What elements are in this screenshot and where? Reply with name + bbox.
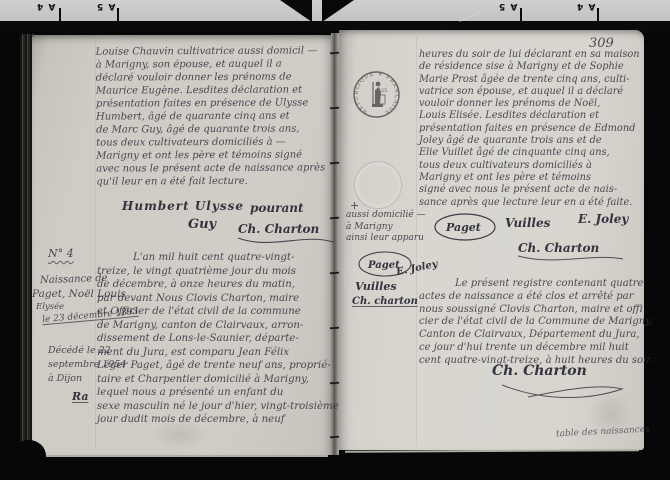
- ruler-mark-label: A 4: [36, 1, 55, 11]
- ruler-mark-label: A 5: [96, 1, 115, 11]
- handwritten-line: Canton de Clairvaux, Département du Jura…: [419, 329, 645, 342]
- handwritten-line: présentation faites en présence de Ulyss…: [96, 96, 328, 110]
- signature-joley: E. Joley: [578, 212, 628, 226]
- handwritten-line: ment du Jura, est comparu Jean Félix: [97, 346, 331, 360]
- handwritten-line: Maurice Eugène. Lesdites déclaration et: [96, 83, 328, 97]
- handwritten-line: Joley âgé de quarante trois ans et de: [419, 135, 645, 147]
- stitch-mark: [330, 436, 339, 439]
- handwritten-line: Léger Paget, âgé de trente neuf ans, pro…: [97, 359, 331, 373]
- act1-text-block: Louise Chauvin cultivatrice aussi domici…: [96, 44, 329, 188]
- stitch-mark: [330, 327, 339, 330]
- film-defect-blob: [12, 440, 46, 472]
- closing-signature-flourish: [498, 381, 628, 403]
- handwritten-line: cier de l'état civil de la Commune de Ma…: [419, 316, 645, 329]
- handwritten-line: L'an mil huit cent quatre-vingt-: [97, 251, 331, 265]
- handwritten-line: tous deux cultivateurs domiciliés à: [419, 160, 645, 172]
- margin-paraph: Ra: [72, 390, 89, 403]
- closing-statement-block: Le présent registre contenant quatreacte…: [419, 278, 645, 368]
- handwritten-line: par devant Nous Clovis Charton, maire: [97, 292, 331, 306]
- stitch-mark: [330, 162, 339, 165]
- handwritten-line: signé avec nous le présent acte de nais-: [419, 184, 645, 196]
- microfilm-frame: A 4 A 5 A 5 A 4 309 RÉPUBLIQUE ✶ FRANÇA: [0, 0, 670, 480]
- ruler-tick: [520, 8, 522, 21]
- stitch-mark: [330, 217, 339, 220]
- handwritten-line: avec nous le présent acte de naissance a…: [96, 161, 328, 175]
- handwritten-line: de Marc Guy, âgé de quarante trois ans,: [96, 122, 328, 136]
- act-number: N° 4: [48, 247, 74, 260]
- margin-signature-vuilles: Vuilles: [355, 280, 397, 293]
- handwritten-line: Elie Vuillet âgé de cinquante cinq ans,: [419, 147, 645, 159]
- handwritten-line: jour dudit mois de décembre, à neuf: [97, 413, 331, 427]
- closing-signature-charton: Ch. Charton: [492, 363, 587, 379]
- handwritten-line: vouloir donner les prénoms de Noël,: [419, 98, 645, 110]
- stitch-mark: [330, 52, 339, 55]
- stamp-figure-icon: [372, 82, 385, 107]
- stitch-mark: [330, 107, 339, 110]
- signature-guy: Guy: [188, 217, 216, 232]
- signature-humbert-ulysse: Humbert Ulysse: [122, 199, 244, 213]
- ruler-tick: [597, 8, 599, 21]
- handwritten-line: Marigny et ont les père et témoins: [419, 172, 645, 184]
- handwritten-line: de décembre, à onze heures du matin,: [97, 278, 331, 292]
- handwritten-line: et Officier de l'état civil de la commun…: [97, 305, 331, 319]
- handwritten-line: Le présent registre contenant quatre: [419, 278, 645, 291]
- margin-note-line: ainsi leur apparu: [346, 233, 428, 245]
- ruler-mark-label: A 5: [498, 1, 517, 11]
- handwritten-line: déclaré vouloir donner les prénoms de: [96, 70, 328, 84]
- margin-title-line: Elysée: [36, 302, 64, 312]
- handwritten-line: Louis Elisée. Lesdites déclaration et: [419, 110, 645, 122]
- ruler-tick: [59, 8, 61, 21]
- handwritten-line: vatrice son épouse, et auquel il a décla…: [419, 86, 645, 98]
- signature-flourish: [516, 252, 626, 266]
- handwritten-line: Louise Chauvin cultivatrice aussi domici…: [96, 44, 328, 58]
- handwritten-line: nous soussigné Clovis Charton, maire et …: [419, 304, 645, 317]
- margin-note-line: à Marigny: [346, 222, 428, 234]
- stamp-value: 25: [381, 88, 387, 94]
- handwritten-line: Marie Prost âgée de trente cinq ans, cul…: [419, 74, 645, 86]
- handwritten-line: sance après que lecture leur en a été fa…: [419, 197, 645, 209]
- handwritten-line: lequel nous a présenté un enfant du: [97, 386, 331, 400]
- stitch-mark: [330, 382, 339, 385]
- signature-vuilles: Vuilles: [505, 216, 550, 230]
- handwritten-line: Humbert, âgé de quarante cinq ans et: [96, 109, 328, 123]
- page-bottom-edge: [345, 449, 639, 453]
- handwritten-line: à Marigny, son épouse, et auquel il a: [96, 57, 328, 71]
- ruler-mark-label: A 4: [576, 1, 595, 11]
- signature-flourish: [236, 233, 336, 251]
- embossed-stamp: [354, 161, 402, 209]
- handwritten-line: sexe masculin né le jour d'hier, vingt-t…: [97, 400, 331, 414]
- handwritten-line: heures du soir de lui déclarant en sa ma…: [419, 49, 645, 61]
- handwritten-line: taire et Charpentier domicilié à Marigny…: [97, 373, 331, 387]
- handwritten-line: dissement de Lons-le-Saunier, départe-: [97, 332, 331, 346]
- handwritten-line: qu'il leur en a été fait lecture.: [96, 174, 328, 188]
- handwritten-line: de résidence sise à Marigny et de Sophie: [419, 61, 645, 73]
- handwritten-line: treize, le vingt quatrième jour du mois: [97, 265, 331, 279]
- page-bottom-edge: [40, 455, 328, 457]
- margin-note-line: aussi domicilié —: [346, 210, 428, 222]
- handwritten-line: présentation faites en présence de Edmon…: [419, 123, 645, 135]
- margin-signature-charton: Ch. charton: [352, 296, 418, 307]
- signature-father-act1: pourant: [250, 201, 303, 215]
- handwritten-line: ce jour d'hui trente un décembre mil hui…: [419, 342, 645, 355]
- handwritten-line: tous deux cultivateurs domiciliés à —: [96, 135, 328, 149]
- signature-paget: Paget: [445, 221, 481, 234]
- signature-paget-oval: Paget: [432, 211, 498, 243]
- handwritten-line: actes de naissance a été clos et arrêté …: [419, 291, 645, 304]
- republique-francaise-stamp: RÉPUBLIQUE ✶ FRANÇAISE 25: [352, 70, 401, 119]
- act2-text-block: L'an mil huit cent quatre-vingt-treize, …: [97, 251, 331, 427]
- handwritten-line: Marigny et ont les père et témoins signé: [96, 148, 328, 162]
- ruler-tick: [117, 8, 119, 21]
- act2-continuation-block: heures du soir de lui déclarant en sa ma…: [419, 49, 645, 209]
- stitch-mark: [330, 272, 339, 275]
- margin-note-block: aussi domicilié —à Marignyainsi leur app…: [346, 210, 428, 245]
- handwritten-line: de Marigny, canton de Clairvaux, arron-: [97, 319, 331, 333]
